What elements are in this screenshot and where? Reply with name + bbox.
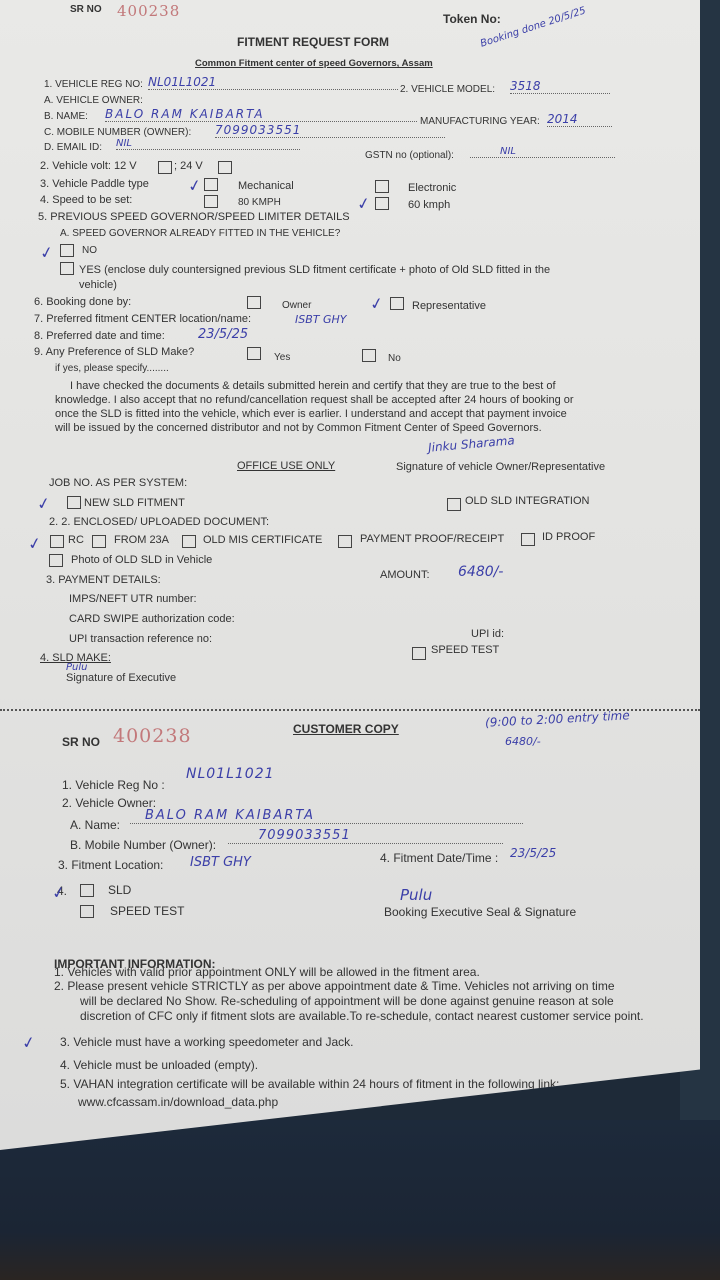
doc-rc-label: RC (68, 534, 84, 546)
mfg-value: 2014 (547, 112, 612, 127)
checkmark-icon: ✓ (355, 193, 372, 215)
pref-yes-checkbox[interactable] (247, 347, 261, 360)
speed-80-checkbox[interactable] (204, 195, 218, 208)
model-label: 2. VEHICLE MODEL: (400, 84, 495, 95)
date-label: 8. Preferred date and time: (34, 330, 165, 342)
cc-note-line-1: (9:00 to 2:00 entry time (485, 708, 630, 730)
office-use-label: OFFICE USE ONLY (237, 460, 335, 472)
paddle-electronic-label: Electronic (408, 182, 456, 194)
important-item-2-cont-1: will be declared No Show. Re-scheduling … (80, 994, 614, 1008)
doc-photo-checkbox[interactable] (49, 554, 63, 567)
important-item-5: 5. VAHAN integration certificate will be… (60, 1077, 559, 1091)
job-old-label: OLD SLD INTEGRATION (465, 495, 589, 507)
cc-name-label: A. Name: (70, 818, 120, 832)
center-label: 7. Preferred fitment CENTER location/nam… (34, 313, 251, 325)
checkmark-icon: ✓ (20, 1032, 37, 1054)
exec-signature-label: Signature of Executive (66, 672, 176, 684)
job-label: JOB NO. AS PER SYSTEM: (49, 477, 187, 489)
checkmark-icon: ✓ (186, 175, 203, 197)
cc-speed-test-checkbox[interactable] (80, 905, 94, 918)
paddle-mechanical-checkbox[interactable] (204, 178, 218, 191)
cc-mobile-value: 7099033551 (228, 828, 503, 844)
background-table (0, 1120, 720, 1280)
email-value: NIL (116, 138, 300, 150)
prev-no-checkbox[interactable] (60, 244, 74, 257)
doc-form23a-label: FROM 23A (114, 534, 169, 546)
cc-name-value: BALO RAM KAIBARTA (130, 808, 523, 824)
volt-24v-checkbox[interactable] (218, 161, 232, 174)
model-value: 3518 (510, 79, 610, 94)
declaration-line-3: once the SLD is fitted into the vehicle,… (55, 408, 567, 420)
prev-yes-checkbox[interactable] (60, 262, 74, 275)
cc-sr-label: SR NO (62, 735, 100, 749)
volt-24-label: ; 24 V (174, 160, 203, 172)
doc-rc-checkbox[interactable] (50, 535, 64, 548)
speed-label: 4. Speed to be set: (40, 194, 132, 206)
pref-label: 9. Any Preference of SLD Make? (34, 346, 194, 358)
cc-reg-value: NL01L1021 (186, 766, 275, 782)
important-item-1: 1. Vehicles with valid prior appointment… (54, 965, 480, 979)
doc-payment-label: PAYMENT PROOF/RECEIPT (360, 533, 504, 545)
owner-signature-label: Signature of vehicle Owner/Representativ… (396, 461, 605, 473)
download-link[interactable]: www.cfcassam.in/download_data.php (78, 1095, 278, 1109)
form-subtitle: Common Fitment center of speed Governors… (195, 58, 433, 69)
amount-value: 6480/- (458, 564, 503, 580)
job-new-label: NEW SLD FITMENT (84, 497, 185, 509)
cc-mobile-label: B. Mobile Number (Owner): (70, 838, 216, 852)
email-label: D. EMAIL ID: (44, 142, 102, 153)
enclosed-label: 2. 2. ENCLOSED/ UPLOADED DOCUMENT: (49, 516, 269, 528)
token-label: Token No: (443, 12, 501, 26)
form-title: FITMENT REQUEST FORM (237, 35, 389, 49)
speed-60-label: 60 kmph (408, 199, 450, 211)
paddle-mechanical-label: Mechanical (238, 180, 294, 192)
cc-datetime-label: 4. Fitment Date/Time : (380, 851, 498, 865)
card-label: CARD SWIPE authorization code: (69, 613, 235, 625)
gstn-value: NIL (470, 146, 615, 158)
sr-number: 400238 (117, 2, 180, 20)
volt-label: 2. Vehicle volt: 12 V (40, 160, 137, 172)
important-item-2: 2. Please present vehicle STRICTLY as pe… (54, 979, 615, 993)
reg-value: NL01L1021 (148, 75, 398, 90)
important-item-2-cont-2: discretion of CFC only if fitment slots … (80, 1009, 644, 1023)
doc-payment-checkbox[interactable] (338, 535, 352, 548)
booking-rep-checkbox[interactable] (390, 297, 404, 310)
checkmark-icon: ✓ (35, 493, 52, 515)
pref-specify: if yes, please specify........ (55, 363, 169, 374)
booking-owner-checkbox[interactable] (247, 296, 261, 309)
prev-yes-label-cont: vehicle) (79, 279, 117, 291)
pref-no-checkbox[interactable] (362, 349, 376, 362)
doc-oldmis-label: OLD MIS CERTIFICATE (203, 534, 322, 546)
paddle-label: 3. Vehicle Paddle type (40, 178, 149, 190)
cc-speed-test-label: SPEED TEST (110, 904, 184, 918)
amount-label: AMOUNT: (380, 569, 430, 581)
important-item-4: 4. Vehicle must be unloaded (empty). (60, 1058, 258, 1072)
prev-label: 5. PREVIOUS SPEED GOVERNOR/SPEED LIMITER… (38, 211, 350, 223)
pref-yes-label: Yes (274, 352, 290, 363)
gstn-label: GSTN no (optional): (365, 150, 454, 161)
job-new-checkbox[interactable] (67, 496, 81, 509)
date-value: 23/5/25 (198, 327, 248, 342)
cc-title: CUSTOMER COPY (293, 722, 399, 736)
checkmark-icon: ✓ (26, 533, 43, 555)
paddle-electronic-checkbox[interactable] (375, 180, 389, 193)
cc-location-value: ISBT GHY (190, 855, 251, 870)
doc-oldmis-checkbox[interactable] (182, 535, 196, 548)
booking-owner-label: Owner (282, 300, 311, 311)
speed-60-checkbox[interactable] (375, 197, 389, 210)
upi-id-label: UPI id: (471, 628, 504, 640)
cc-location-label: 3. Fitment Location: (58, 858, 163, 872)
doc-idproof-checkbox[interactable] (521, 533, 535, 546)
prev-question: A. SPEED GOVERNOR ALREADY FITTED IN THE … (60, 228, 340, 239)
pref-no-label: No (388, 353, 401, 364)
mobile-label: C. MOBILE NUMBER (OWNER): (44, 127, 191, 138)
declaration-line-1: I have checked the documents & details s… (70, 380, 556, 392)
owner-label: A. VEHICLE OWNER: (44, 95, 143, 106)
volt-12v-checkbox[interactable] (158, 161, 172, 174)
declaration-line-2: knowledge. I also accept that no refund/… (55, 394, 574, 406)
cc-sr-number: 400238 (113, 725, 192, 747)
cc-reg-label: 1. Vehicle Reg No : (62, 778, 165, 792)
upi-ref-label: UPI transaction reference no: (69, 633, 212, 645)
reg-label: 1. VEHICLE REG NO: (44, 79, 143, 90)
job-old-checkbox[interactable] (447, 498, 461, 511)
booking-rep-label: Representative (412, 300, 486, 312)
cc-exec-signature: Pulu (400, 886, 432, 904)
cc-exec-signature-label: Booking Executive Seal & Signature (384, 905, 576, 919)
cc-note-line-2: 6480/- (505, 735, 541, 748)
mobile-value: 7099033551 (215, 123, 445, 138)
important-item-3: 3. Vehicle must have a working speedomet… (60, 1035, 354, 1049)
speed-test-label: SPEED TEST (431, 644, 499, 656)
fitment-form-paper: SR NO 400238 Token No: Booking done 20/5… (0, 0, 700, 1150)
doc-form23a-checkbox[interactable] (92, 535, 106, 548)
payment-label: 3. PAYMENT DETAILS: (46, 574, 161, 586)
cc-sld-label: SLD (108, 883, 131, 897)
sr-label: SR NO (70, 4, 102, 15)
name-value: BALO RAM KAIBARTA (105, 107, 417, 122)
checkmark-icon: ✓ (368, 293, 385, 315)
owner-signature: Jinku Sharama (428, 433, 516, 455)
doc-idproof-label: ID PROOF (542, 531, 595, 543)
speed-80-label: 80 KMPH (238, 197, 281, 208)
cc-sld-checkbox[interactable] (80, 884, 94, 897)
cc-datetime-value: 23/5/25 (510, 846, 556, 860)
doc-photo-label: Photo of OLD SLD in Vehicle (71, 554, 212, 566)
declaration-line-4: will be issued by the concerned distribu… (55, 422, 542, 434)
prev-yes-label: YES (enclose duly countersigned previous… (79, 264, 550, 276)
name-label: B. NAME: (44, 111, 88, 122)
imps-label: IMPS/NEFT UTR number: (69, 593, 197, 605)
booking-label: 6. Booking done by: (34, 296, 131, 308)
center-value: ISBT GHY (295, 313, 347, 326)
checkmark-icon: ✓ (38, 242, 55, 264)
speed-test-checkbox[interactable] (412, 647, 426, 660)
prev-no-label: NO (82, 245, 97, 256)
